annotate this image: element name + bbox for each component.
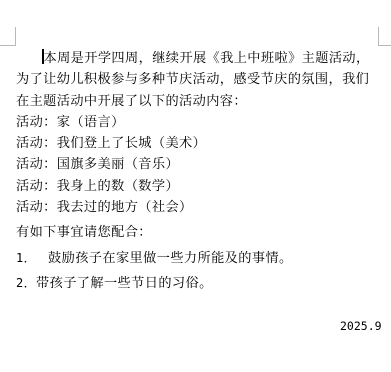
intro-paragraph[interactable]: 本周是开学四周，继续开展《我上中班啦》主题活动，为了让幼儿积极参与多种节庆活动，… <box>16 48 382 112</box>
page-margin-corner-mark-right <box>378 45 391 46</box>
intro-text: 本周是开学四周，继续开展《我上中班啦》主题活动，为了让幼儿积极参与多种节庆活动，… <box>16 51 370 109</box>
request-text: 带孩子了解一些节日的习俗。 <box>36 276 213 291</box>
page-margin-corner-mark-right <box>378 27 379 46</box>
activity-item: 活动：家（语言） <box>16 112 382 133</box>
request-item: 2．带孩子了解一些节日的习俗。 <box>16 273 382 295</box>
request-item: 1．鼓励孩子在家里做一些力所能及的事情。 <box>16 248 382 270</box>
activity-item: 活动：我去过的地方（社会） <box>16 197 382 218</box>
activity-item: 活动：我身上的数（数学） <box>16 176 382 197</box>
document-body[interactable]: 本周是开学四周，继续开展《我上中班啦》主题活动，为了让幼儿积极参与多种节庆活动，… <box>16 48 382 295</box>
page-margin-corner-mark-left <box>0 45 16 46</box>
notice-heading: 有如下事宜请您配合： <box>16 222 382 243</box>
document-date: 2025.9 <box>340 319 382 333</box>
list-number: 1． <box>16 251 36 265</box>
activity-item: 活动：国旗多美丽（音乐） <box>16 154 382 175</box>
page-margin-corner-mark-left <box>15 27 16 46</box>
activity-item: 活动：我们登上了长城（美术） <box>16 133 382 154</box>
request-text: 鼓励孩子在家里做一些力所能及的事情。 <box>48 251 293 266</box>
list-number: 2． <box>16 276 36 290</box>
